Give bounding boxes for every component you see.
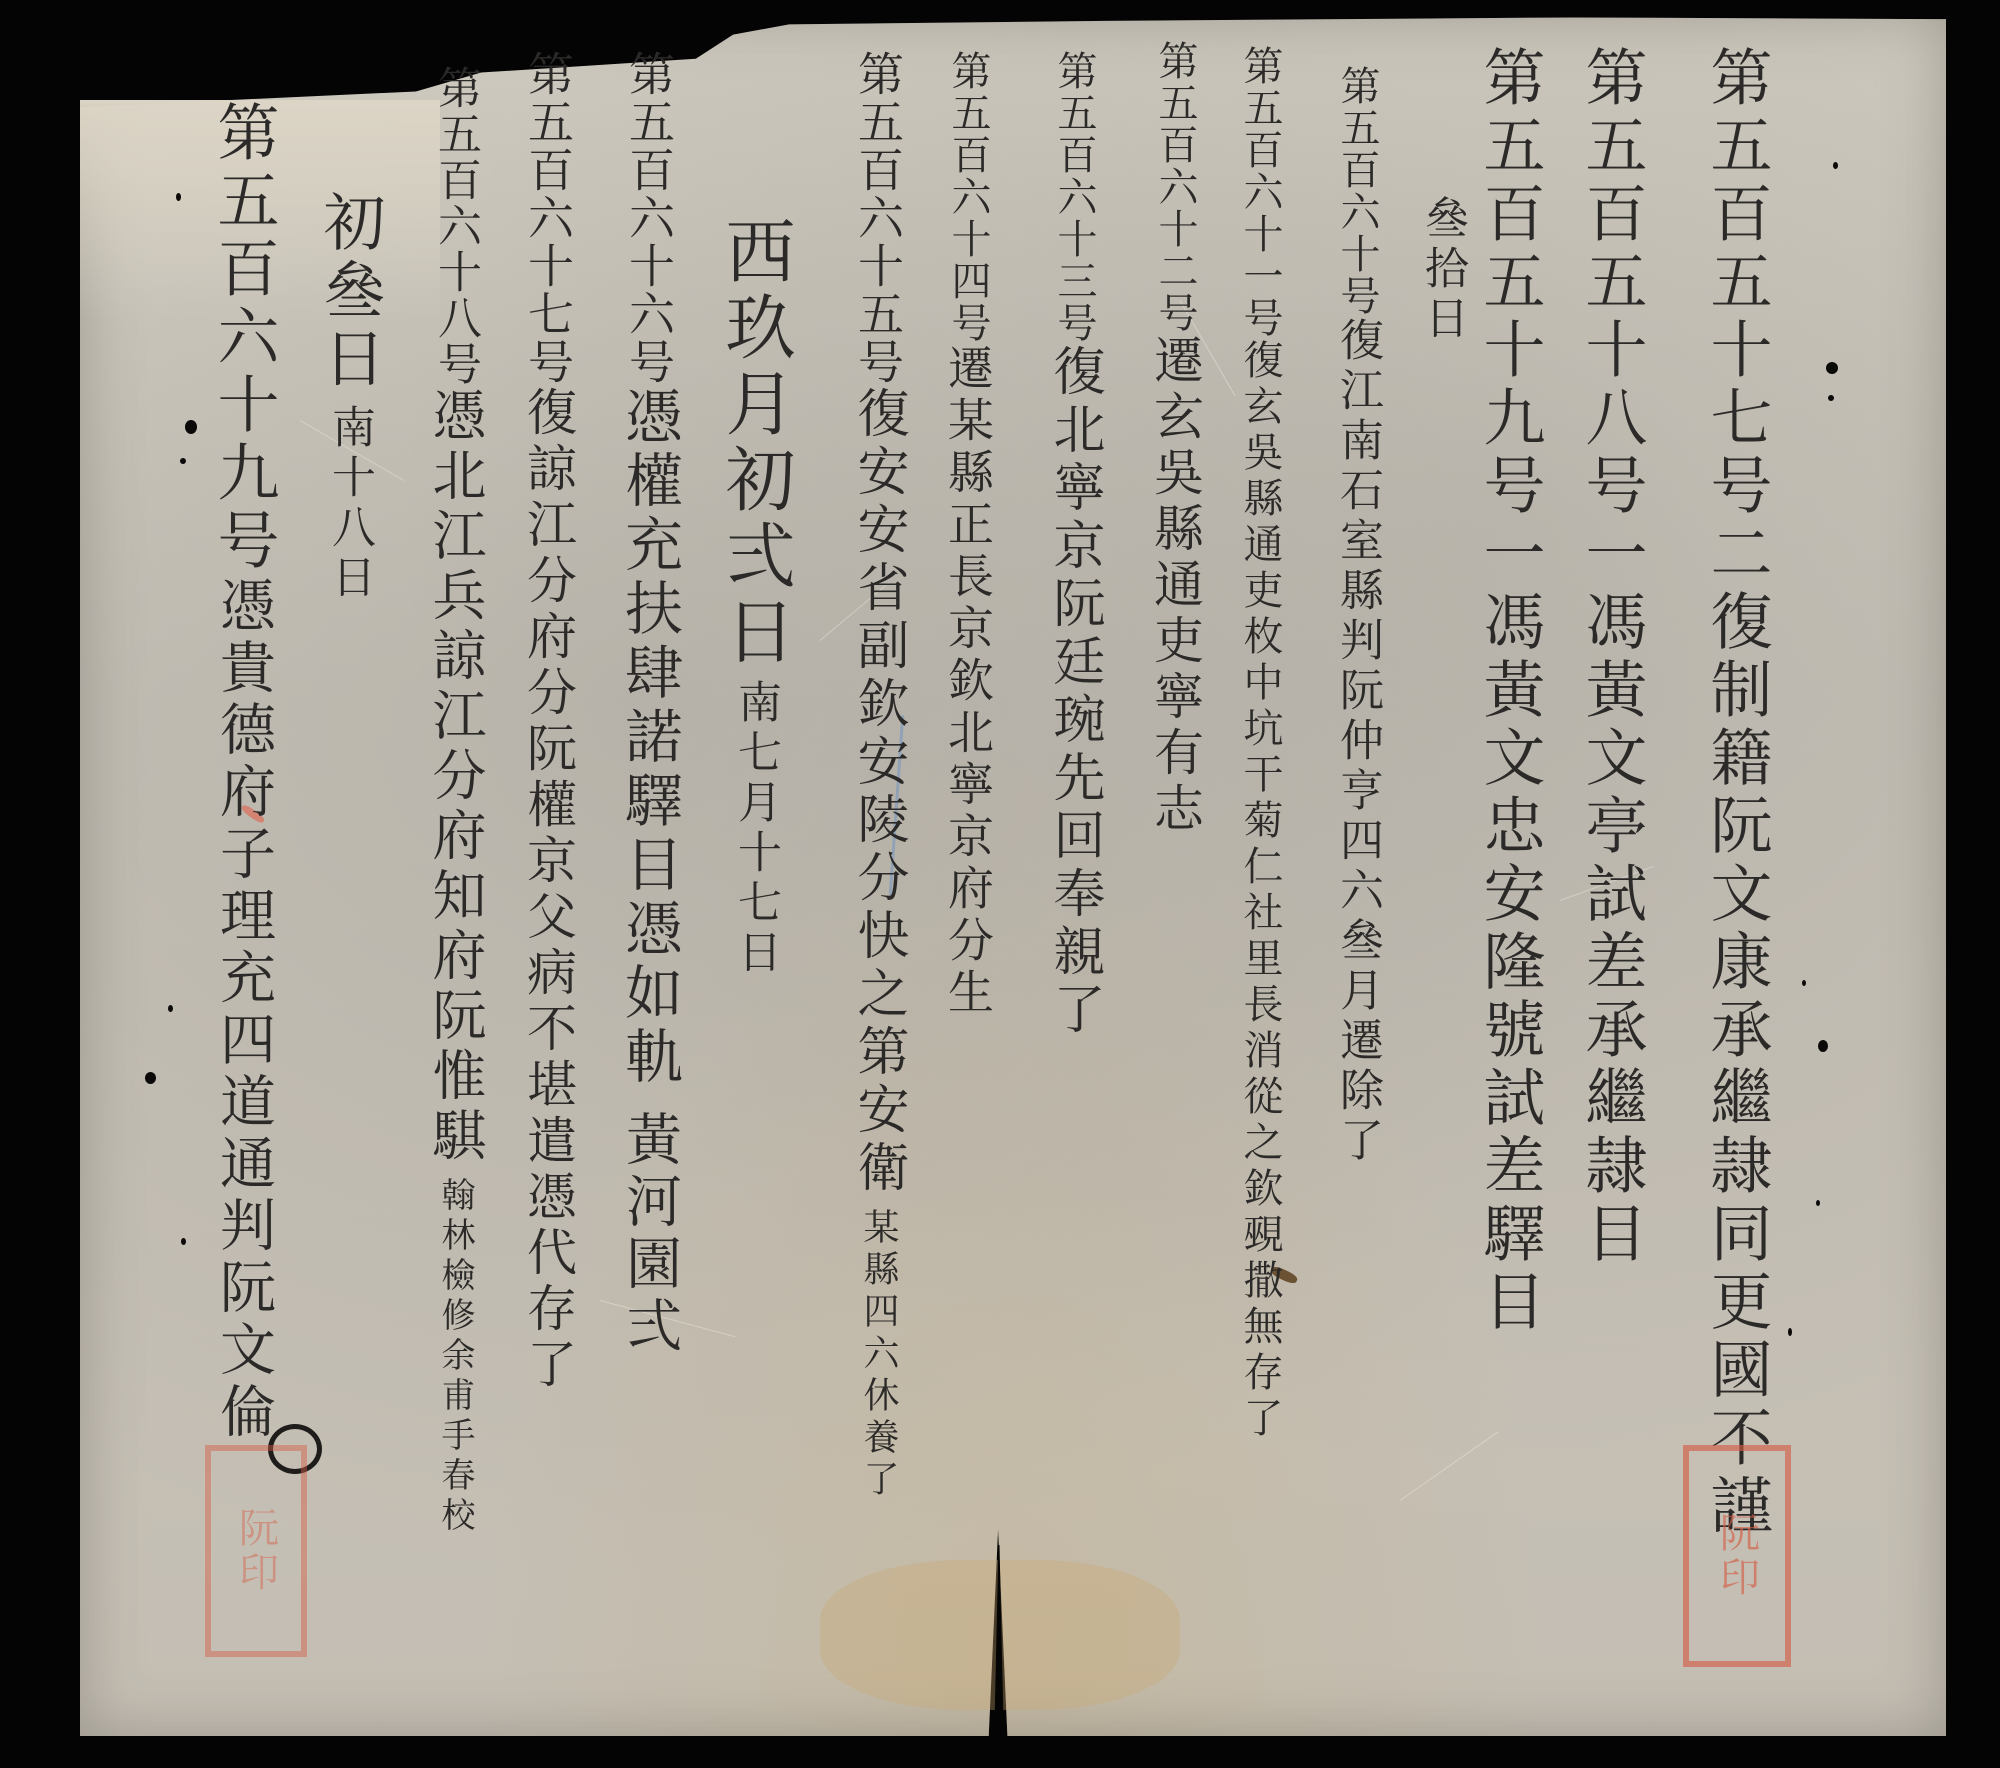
entry-562: 第五百六十二号遷玄吳縣通吏寧有志 <box>1150 40 1200 838</box>
entry-text: 憑權充扶肆諾驛目憑如軌 <box>615 386 683 1090</box>
pin-hole <box>1818 1040 1828 1052</box>
entry-number: 第五百五十七号 <box>1700 45 1773 521</box>
entry-number: 第五百六十四号 <box>945 50 991 344</box>
entry-note: 翰林檢修余甫手春校 <box>435 1177 475 1537</box>
entry-565: 第五百六十五号復安安省副欽安陵分快之第安衛某縣四六休養了 <box>852 50 904 1502</box>
entry-text: 二復制籍阮文康承繼隷同更國不謹 <box>1700 521 1773 1541</box>
pin-hole <box>1828 395 1834 401</box>
entry-560: 第五百六十号復江南石室縣判阮仲亨四六叄月遷除了 <box>1335 65 1379 1167</box>
entry-text: 復北寧京阮廷琬先回奉親了 <box>1044 344 1104 1040</box>
entry-557: 第五百五十七号二復制籍阮文康承繼隷同更國不謹 <box>1705 45 1767 1541</box>
date-note: 南七月十七日 <box>730 679 781 979</box>
pin-hole <box>180 458 186 464</box>
entry-number: 第五百六十六号 <box>622 50 676 386</box>
date-ninth-month-2nd: 西玖月初弍日南七月十七日 <box>720 215 790 979</box>
pin-hole <box>185 420 197 434</box>
entry-text: 復玄吳縣通吏枚中坑干菊仁社里長消從之欽覡撒無存了 <box>1237 339 1283 1443</box>
red-seal-left: 阮印 <box>205 1445 307 1657</box>
entry-569: 第五百六十九号憑貴德府子理充四道通判阮文倫 <box>212 100 274 1444</box>
date-text: 叄拾日 <box>1417 195 1468 345</box>
date-30th: 叄拾日 <box>1420 195 1464 345</box>
entry-558: 第五百五十八号一馮黃文亭試差承繼隷目 <box>1580 45 1642 1269</box>
entry-text: 憑貴德府子理充四道通判阮文倫 <box>211 576 276 1444</box>
entry-number: 第五百六十七号 <box>521 50 575 386</box>
entry-563: 第五百六十三号復北寧京阮廷琬先回奉親了 <box>1048 50 1100 1040</box>
entry-number: 第五百五十八号 <box>1575 45 1648 521</box>
date-text: 西玖月初弍日 <box>714 215 796 671</box>
date-note: 南十八日 <box>324 404 375 604</box>
entry-text: 憑北江兵諒江分府知府阮惟騏 <box>424 387 487 1167</box>
seal-glyphs: 阮印 <box>228 1507 285 1595</box>
entry-number: 第五百六十九号 <box>207 100 280 576</box>
entry-note: 黃河園弍 <box>617 1110 682 1358</box>
date-3rd: 初叄日南十八日 <box>318 190 380 604</box>
entry-number: 第五百六十号 <box>1334 65 1380 317</box>
entry-561: 第五百六十一号復玄吳縣通吏枚中坑干菊仁社里長消從之欽覡撒無存了 <box>1240 45 1280 1443</box>
entry-567: 第五百六十七号復諒江分府分阮權京父病不堪遣憑代存了 <box>523 50 573 1394</box>
entry-text: 復諒江分府分阮權京父病不堪遣憑代存了 <box>519 386 577 1394</box>
pin-hole <box>176 193 181 201</box>
pin-hole <box>181 1238 186 1245</box>
seal-glyphs: 阮印 <box>1709 1512 1766 1600</box>
entry-text: 復安安省副欽安陵分快之第安衛 <box>848 386 908 1198</box>
entry-text: 一馮黃文亭試差承繼隷目 <box>1575 521 1648 1269</box>
entry-text: 遷某縣正長京欽北寧京府分生 <box>941 344 995 1020</box>
pin-hole <box>1816 1200 1820 1206</box>
pin-hole <box>1826 362 1838 374</box>
red-seal-right: 阮印 <box>1683 1445 1791 1667</box>
entry-note: 某縣四六休養了 <box>858 1208 899 1502</box>
entry-number: 第五百六十三号 <box>1051 50 1097 344</box>
entry-text: 復江南石室縣判阮仲亨四六叄月遷除了 <box>1332 317 1383 1167</box>
pin-hole <box>1833 162 1838 169</box>
pin-hole <box>168 1005 173 1012</box>
entry-566: 第五百六十六号憑權充扶肆諾驛目憑如軌黃河園弍 <box>620 50 678 1358</box>
entry-number: 第五百六十五号 <box>851 50 905 386</box>
entry-564: 第五百六十四号遷某縣正長京欽北寧京府分生 <box>945 50 991 1020</box>
entry-number: 第五百六十八号 <box>430 65 481 387</box>
entry-559: 第五百五十九号一馮黃文忠安隆號試差驛目 <box>1478 45 1540 1337</box>
pin-hole <box>1802 980 1806 986</box>
entry-text: 一馮黃文忠安隆號試差驛目 <box>1473 521 1546 1337</box>
pin-hole <box>145 1072 156 1084</box>
date-text: 初叄日 <box>313 190 386 394</box>
entry-text: 遷玄吳縣通吏寧有志 <box>1146 334 1204 838</box>
entry-number: 第五百五十九号 <box>1473 45 1546 521</box>
entry-568: 第五百六十八号憑北江兵諒江分府知府阮惟騏翰林檢修余甫手春校 <box>428 65 482 1537</box>
entry-number: 第五百六十二号 <box>1152 40 1198 334</box>
entry-number: 第五百六十一号 <box>1237 45 1283 339</box>
pin-hole <box>1788 1328 1792 1336</box>
